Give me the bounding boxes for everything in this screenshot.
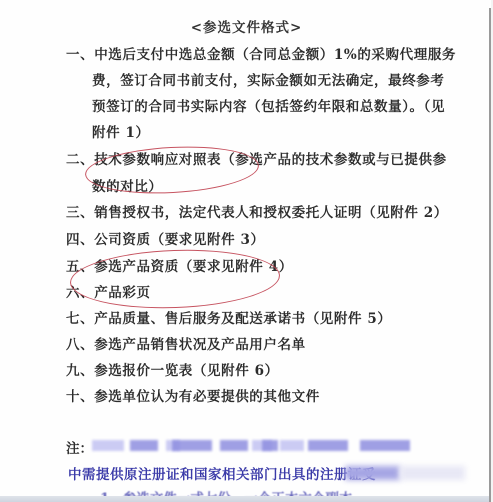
item-number: 六、 <box>66 281 94 301</box>
list-item-5: 五、参选产品资质（要求见附件 4） <box>66 255 293 275</box>
list-item-9: 九、参选报价一览表（见附件 6） <box>66 359 279 379</box>
list-item-10: 十、参选单位认为有必要提供的其他文件 <box>66 385 320 405</box>
item-text: 销售授权书，法定代表人和授权委托人证明（见附件 2） <box>94 205 448 221</box>
list-item-1-cont-2: 预签订的合同书实际内容（包括签约年限和总数量）。（见 <box>92 95 445 115</box>
item-text: 公司资质（要求见附件 3） <box>94 232 264 248</box>
item-text: 参选产品销售状况及产品用户名单 <box>94 337 306 353</box>
list-item-4: 四、公司资质（要求见附件 3） <box>66 228 265 248</box>
item-number: 一、 <box>66 43 94 63</box>
list-item-2: 二、技术参数响应对照表（参选产品的技术参数或与已提供参 <box>66 148 447 168</box>
item-number: 三、 <box>66 201 94 221</box>
item-text: 中选后支付中选总金额（合同总金额）1%的采购代理服务 <box>94 47 456 63</box>
item-number: 七、 <box>66 307 94 327</box>
list-item-7: 七、产品质量、售后服务及配送承诺书（见附件 5） <box>66 307 392 327</box>
list-item-1: 一、中选后支付中选总金额（合同总金额）1%的采购代理服务 <box>66 43 456 63</box>
list-item-6: 六、产品彩页 <box>66 281 151 301</box>
item-number: 八、 <box>66 333 94 353</box>
window-bottom-edge <box>0 496 493 502</box>
item-text: 参选产品资质（要求见附件 4） <box>94 259 293 275</box>
item-number: 二、 <box>66 148 94 168</box>
list-item-8: 八、参选产品销售状况及产品用户名单 <box>66 333 306 353</box>
list-item-1-cont-3: 附件 1） <box>92 121 150 141</box>
item-number: 九、 <box>66 359 94 379</box>
item-text: 产品彩页 <box>94 285 150 301</box>
item-text: 参选单位认为有必要提供的其他文件 <box>94 389 320 405</box>
item-number: 十、 <box>66 385 94 405</box>
item-text: 技术参数响应对照表（参选产品的技术参数或与已提供参 <box>94 152 447 168</box>
list-item-3: 三、销售授权书，法定代表人和授权委托人证明（见附件 2） <box>66 201 448 221</box>
item-number: 五、 <box>66 255 94 275</box>
document-page: <参选文件格式> 一、中选后支付中选总金额（合同总金额）1%的采购代理服务 费，… <box>0 0 490 502</box>
note-blue-text: 中需提供原注册证和国家相关部门出具的注册证受 <box>68 463 376 483</box>
item-text: 参选报价一览表（见附件 6） <box>94 363 279 379</box>
list-item-2-cont-1: 数的对比） <box>92 175 163 195</box>
item-text: 产品质量、售后服务及配送承诺书（见附件 5） <box>94 311 391 327</box>
item-number: 四、 <box>66 228 94 248</box>
note-label: 注： <box>66 437 93 457</box>
document-title: <参选文件格式> <box>0 16 493 36</box>
list-item-1-cont-1: 费，签订合同书前支付，实际金额如无法确定，最终参考 <box>92 69 445 89</box>
